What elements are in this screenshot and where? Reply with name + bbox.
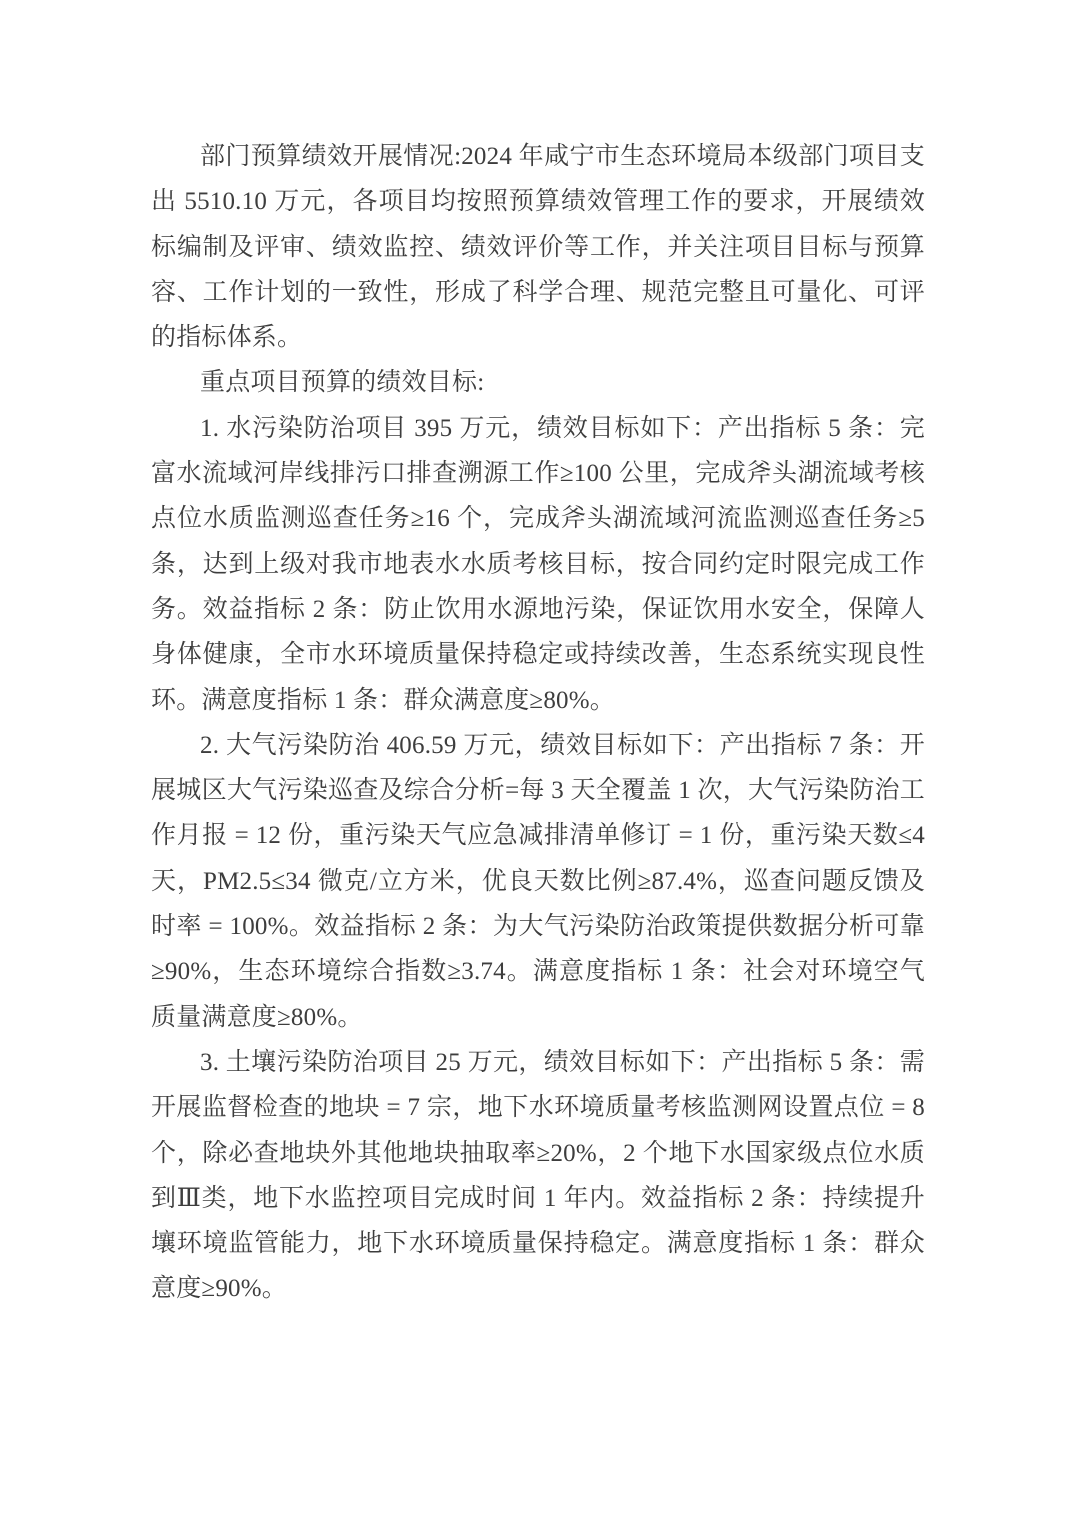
text-line: 重点项目预算的绩效目标: [151, 360, 925, 405]
text-line: 出 5510.10 万元，各项目均按照预算绩效管理工作的要求，开展绩效目 [151, 179, 925, 224]
text-line: 意度≥90%。 [151, 1266, 925, 1311]
text-line: 壤环境监管能力，地下水环境质量保持稳定。满意度指标 1 条：群众满 [151, 1221, 925, 1266]
text-line: 点位水质监测巡查任务≥16 个，完成斧头湖流域河流监测巡查任务≥5 [151, 496, 925, 541]
text-line: 容、工作计划的一致性，形成了科学合理、规范完整且可量化、可评价 [151, 270, 925, 315]
text-line: 的指标体系。 [151, 315, 925, 360]
text-line: 天，PM2.5≤34 微克/立方米，优良天数比例≥87.4%，巡查问题反馈及 [151, 859, 925, 904]
text-line: 条，达到上级对我市地表水水质考核目标，按合同约定时限完成工作任 [151, 542, 925, 587]
document-page: 部门预算绩效开展情况:2024 年咸宁市生态环境局本级部门项目支 出 5510.… [0, 0, 1074, 1520]
text-line: 2. 大气污染防治 406.59 万元，绩效目标如下：产出指标 7 条：开 [151, 723, 925, 768]
text-line: 3. 土壤污染防治项目 25 万元，绩效目标如下：产出指标 5 条：需 [151, 1040, 925, 1085]
text-block: 部门预算绩效开展情况:2024 年咸宁市生态环境局本级部门项目支 出 5510.… [151, 134, 925, 1312]
paragraph-soil-pollution-project: 3. 土壤污染防治项目 25 万元，绩效目标如下：产出指标 5 条：需 开展监督… [151, 1040, 925, 1312]
text-line: 身体健康，全市水环境质量保持稳定或持续改善，生态系统实现良性循 [151, 632, 925, 677]
text-line: 富水流域河岸线排污口排查溯源工作≥100 公里，完成斧头湖流域考核 [151, 451, 925, 496]
text-line: ≥90%，生态环境综合指数≥3.74。满意度指标 1 条：社会对环境空气 [151, 949, 925, 994]
text-line: 个，除必查地块外其他地块抽取率≥20%，2 个地下水国家级点位水质达 [151, 1131, 925, 1176]
text-line: 环。满意度指标 1 条：群众满意度≥80%。 [151, 678, 925, 723]
text-line: 标编制及评审、绩效监控、绩效评价等工作，并关注项目目标与预算内 [151, 225, 925, 270]
text-line: 开展监督检查的地块 = 7 宗，地下水环境质量考核监测网设置点位 = 8 [151, 1085, 925, 1130]
text-line: 展城区大气污染巡查及综合分析=每 3 天全覆盖 1 次，大气污染防治工 [151, 768, 925, 813]
paragraph-water-pollution-project: 1. 水污染防治项目 395 万元，绩效目标如下：产出指标 5 条：完成 富水流… [151, 406, 925, 723]
text-line: 务。效益指标 2 条：防止饮用水源地污染，保证饮用水安全，保障人民 [151, 587, 925, 632]
text-line: 部门预算绩效开展情况:2024 年咸宁市生态环境局本级部门项目支 [151, 134, 925, 179]
text-line: 到Ⅲ类，地下水监控项目完成时间 1 年内。效益指标 2 条：持续提升土 [151, 1176, 925, 1221]
text-line: 质量满意度≥80%。 [151, 995, 925, 1040]
paragraph-key-projects-heading: 重点项目预算的绩效目标: [151, 360, 925, 405]
paragraph-budget-performance-overview: 部门预算绩效开展情况:2024 年咸宁市生态环境局本级部门项目支 出 5510.… [151, 134, 925, 360]
text-line: 1. 水污染防治项目 395 万元，绩效目标如下：产出指标 5 条：完成 [151, 406, 925, 451]
text-line: 作月报 = 12 份，重污染天气应急减排清单修订 = 1 份，重污染天数≤4 [151, 813, 925, 858]
paragraph-air-pollution-project: 2. 大气污染防治 406.59 万元，绩效目标如下：产出指标 7 条：开 展城… [151, 723, 925, 1040]
text-line: 时率 = 100%。效益指标 2 条：为大气污染防治政策提供数据分析可靠性 [151, 904, 925, 949]
